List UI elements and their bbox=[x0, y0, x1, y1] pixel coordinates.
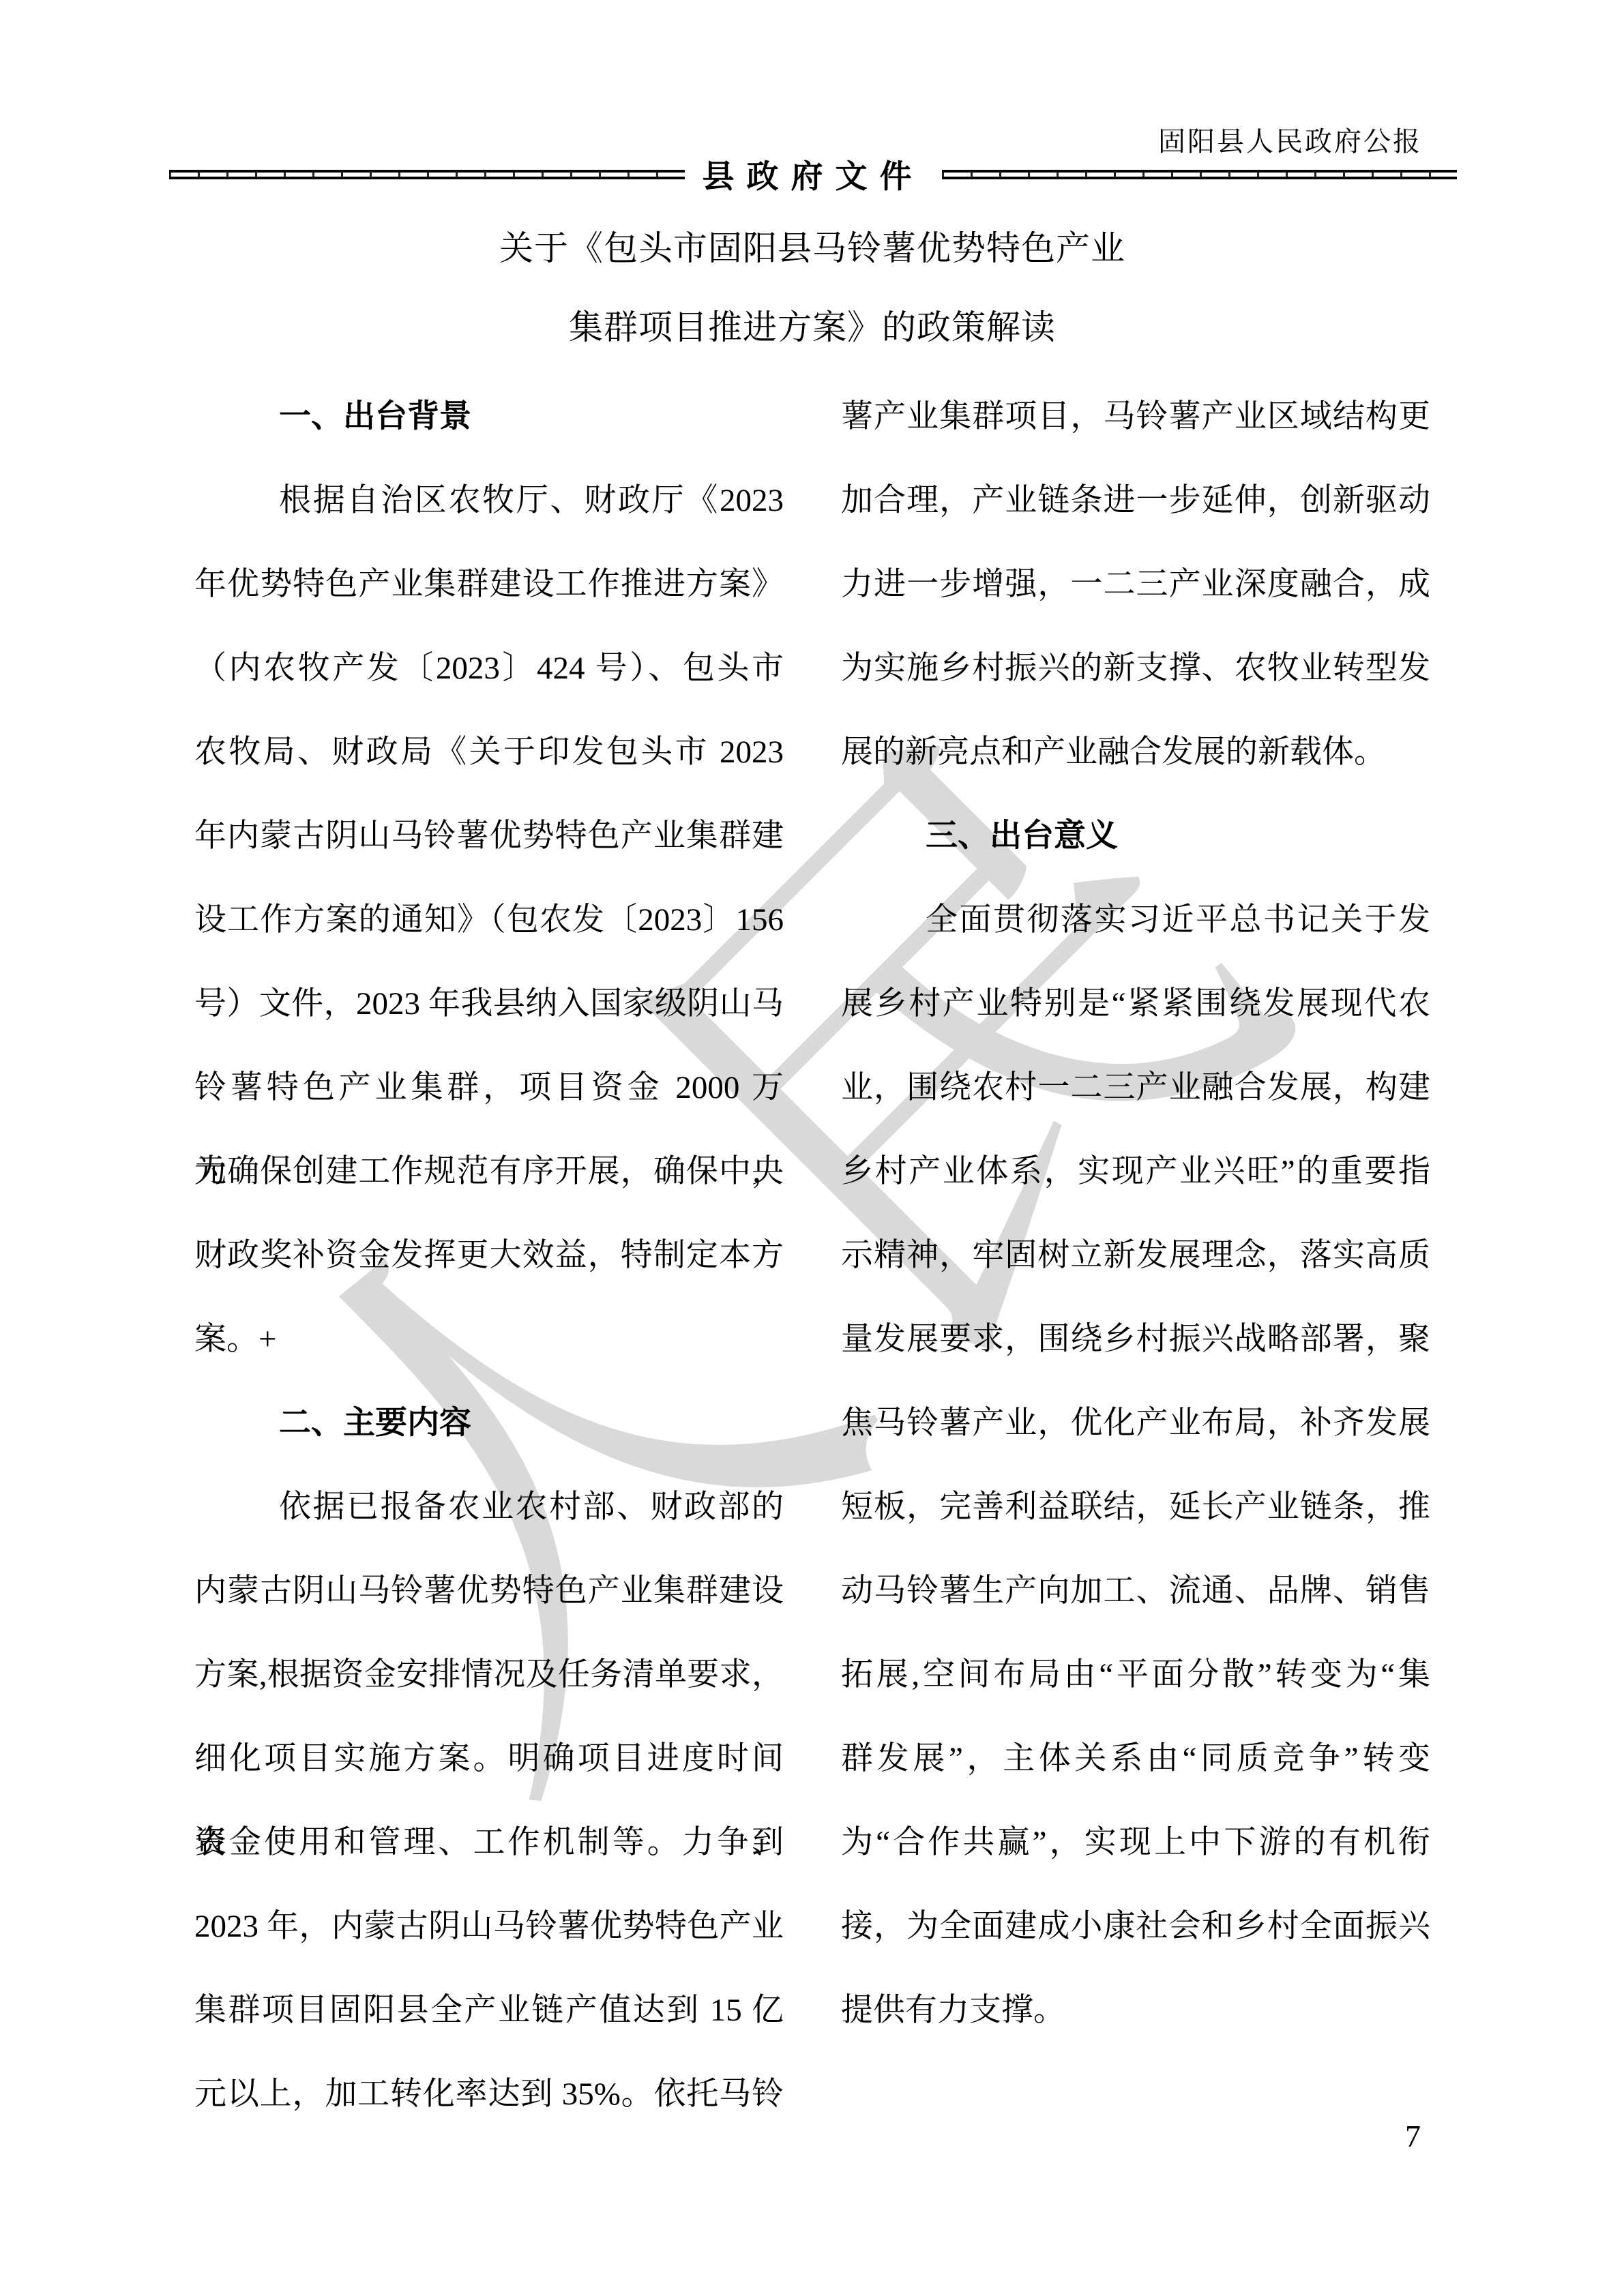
body-line: 案。+ bbox=[194, 1298, 784, 1382]
body-line: 接，为全面建成小康社会和乡村全面振兴 bbox=[841, 1885, 1430, 1969]
body-line: 示精神，牢固树立新发展理念，落实高质 bbox=[841, 1214, 1430, 1298]
body-line: 全面贯彻落实习近平总书记关于发 bbox=[841, 878, 1430, 962]
body-line: 加合理，产业链条进一步延伸，创新驱动 bbox=[841, 459, 1430, 543]
body-line: 内蒙古阴山马铃薯优势特色产业集群建设 bbox=[194, 1549, 784, 1633]
body-line: 为确保创建工作规范有序开展，确保中央 bbox=[194, 1130, 784, 1214]
body-line: 拓展,空间布局由“平面分散”转变为“集 bbox=[841, 1633, 1430, 1717]
body-line: 年优势特色产业集群建设工作推进方案》 bbox=[194, 543, 784, 627]
page-number: 7 bbox=[1405, 2118, 1421, 2154]
body-line: 方案,根据资金安排情况及任务清单要求， bbox=[194, 1633, 784, 1717]
body-line: 2023 年，内蒙古阴山马铃薯优势特色产业 bbox=[194, 1885, 784, 1969]
body-line: 力进一步增强，一二三产业深度融合，成 bbox=[841, 543, 1430, 627]
body-line: 农牧局、财政局《关于印发包头市 2023 bbox=[194, 711, 784, 794]
document-title: 关于《包头市固阳县马铃薯优势特色产业 集群项目推进方案》的政策解读 bbox=[194, 209, 1430, 367]
body-line: 细化项目实施方案。明确项目进度时间表、 bbox=[194, 1717, 784, 1801]
body-line: 短板，完善利益联结，延长产业链条，推 bbox=[841, 1465, 1430, 1549]
body-line: （内农牧产发〔2023〕424 号）、包头市 bbox=[194, 627, 784, 711]
body-line: 号）文件，2023 年我县纳入国家级阴山马 bbox=[194, 962, 784, 1046]
body-line: 财政奖补资金发挥更大效益，特制定本方 bbox=[194, 1214, 784, 1298]
gazette-page: 人民 固阳县人民政府公报 县政府文件 关于《包头市固阳县马铃薯优势特色产业 集群… bbox=[0, 0, 1624, 2296]
body-line: 为“合作共赢”，实现上中下游的有机衔 bbox=[841, 1801, 1430, 1885]
document-title-line-1: 关于《包头市固阳县马铃薯优势特色产业 bbox=[194, 209, 1430, 288]
body-line: 展的新亮点和产业融合发展的新载体。 bbox=[841, 711, 1430, 794]
body-line: 量发展要求，围绕乡村振兴战略部署，聚 bbox=[841, 1298, 1430, 1382]
body-line: 元以上，加工转化率达到 35%。依托马铃 bbox=[194, 2053, 784, 2136]
body-line: 为实施乡村振兴的新支撑、农牧业转型发 bbox=[841, 627, 1430, 711]
section-band: 县政府文件 bbox=[169, 151, 1457, 197]
body-line: 薯产业集群项目，马铃薯产业区域结构更 bbox=[841, 375, 1430, 459]
body-line: 年内蒙古阴山马铃薯优势特色产业集群建 bbox=[194, 794, 784, 878]
document-title-line-2: 集群项目推进方案》的政策解读 bbox=[194, 288, 1430, 367]
body-line: 群发展”，主体关系由“同质竞争”转变 bbox=[841, 1717, 1430, 1801]
band-rule-left bbox=[169, 170, 685, 179]
body-line: 焦马铃薯产业，优化产业布局，补齐发展 bbox=[841, 1382, 1430, 1465]
heading-3: 三、出台意义 bbox=[841, 794, 1430, 878]
body-line: 依据已报备农业农村部、财政部的 bbox=[194, 1465, 784, 1549]
right-column: 薯产业集群项目，马铃薯产业区域结构更 加合理，产业链条进一步延伸，创新驱动 力进… bbox=[841, 375, 1430, 2053]
heading-2: 二、主要内容 bbox=[194, 1382, 784, 1465]
body-line: 展乡村产业特别是“紧紧围绕发展现代农 bbox=[841, 962, 1430, 1046]
body-line: 乡村产业体系，实现产业兴旺”的重要指 bbox=[841, 1130, 1430, 1214]
body-line: 集群项目固阳县全产业链产值达到 15 亿 bbox=[194, 1969, 784, 2053]
body-line: 设工作方案的通知》（包农发〔2023〕156 bbox=[194, 878, 784, 962]
body-line: 资金使用和管理、工作机制等。力争到 bbox=[194, 1801, 784, 1885]
band-rule-right bbox=[942, 170, 1458, 179]
band-label: 县政府文件 bbox=[685, 151, 942, 197]
body-line: 业，围绕农村一二三产业融合发展，构建 bbox=[841, 1046, 1430, 1130]
body-line: 提供有力支撑。 bbox=[841, 1969, 1430, 2053]
left-column: 一、出台背景 根据自治区农牧厅、财政厅《2023 年优势特色产业集群建设工作推进… bbox=[194, 375, 784, 2136]
body-line: 铃薯特色产业集群，项目资金 2000 万元， bbox=[194, 1046, 784, 1130]
body-line: 动马铃薯生产向加工、流通、品牌、销售 bbox=[841, 1549, 1430, 1633]
heading-1: 一、出台背景 bbox=[194, 375, 784, 459]
body-line: 根据自治区农牧厅、财政厅《2023 bbox=[194, 459, 784, 543]
